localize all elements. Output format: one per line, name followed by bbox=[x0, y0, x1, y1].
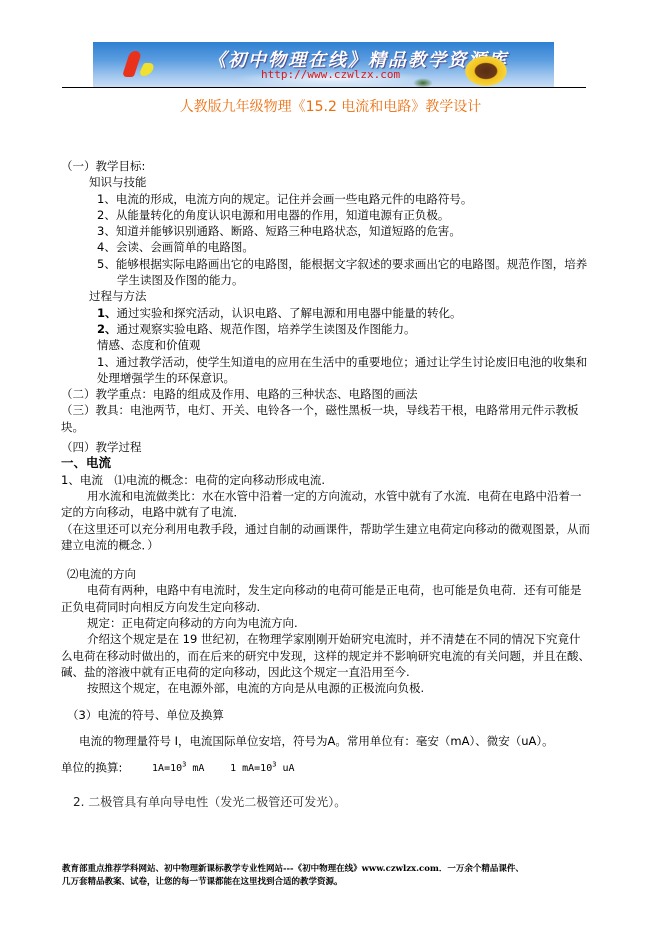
current-concept: 1、电流 ⑴电流的概念：电荷的定向移动形成电流. bbox=[61, 472, 591, 488]
header-divider bbox=[62, 87, 586, 88]
diode-paragraph: 2. 二极管具有单向导电性（发光二极管还可发光）。 bbox=[61, 794, 591, 810]
conversion-1-base: 1A=10 bbox=[152, 763, 182, 774]
czwlzx-logo-accent-icon bbox=[138, 63, 156, 76]
conversion-1-unit: mA bbox=[186, 763, 204, 774]
knowledge-item: 4、会读、会画简单的电路图。 bbox=[61, 239, 591, 255]
section-teaching-process: （四）教学过程 bbox=[61, 439, 591, 455]
sunflower-icon bbox=[465, 56, 507, 86]
current-note: （在这里还可以充分利用电教手段，通过自制的动画课件，帮助学生建立电荷定向移动的微… bbox=[61, 521, 591, 554]
direction-paragraph: 电荷有两种，电路中有电流时，发生定向移动的电荷可能是正电荷，也可能是负电荷．还有… bbox=[61, 582, 591, 615]
document-title: 人教版九年级物理《15.2 电流和电路》教学设计 bbox=[0, 96, 661, 116]
footer-line: 教育部重点推荐学科网站、初中物理新课标教学专业性网站---《初中物理在线》www… bbox=[62, 863, 602, 876]
page-footer: 教育部重点推荐学科网站、初中物理新课标教学专业性网站---《初中物理在线》www… bbox=[62, 863, 602, 889]
process-label: 过程与方法 bbox=[61, 288, 591, 304]
section-objectives-heading: （一）教学目标: bbox=[61, 158, 591, 174]
process-item-num: 2、 bbox=[97, 322, 117, 336]
knowledge-item: 5、能够根据实际电路画出它的电路图，能根据文字叙述的要求画出它的电路图。规范作图… bbox=[61, 256, 591, 289]
direction-paragraph: 介绍这个规定是在 19 世纪初，在物理学家刚刚开始研究电流时，并不清楚在不同的情… bbox=[61, 631, 591, 680]
knowledge-item: 3、知道并能够识别通路、断路、短路三种电路状态，知道短路的危害。 bbox=[61, 223, 591, 239]
conversion-2: 1 mA=103 uA bbox=[230, 763, 294, 774]
leaves-decoration bbox=[413, 78, 433, 87]
process-item-text: 通过实验和探究活动，认识电路、了解电源和用电器中能量的转化。 bbox=[117, 306, 462, 320]
process-item-num: 1、 bbox=[97, 306, 117, 320]
site-banner: 《初中物理在线》精品教学资源库 http://www.czwlzx.com bbox=[93, 42, 554, 87]
banner-url: http://www.czwlzx.com bbox=[261, 68, 400, 81]
units-paragraph: 电流的物理量符号 I，电流国际单位安培，符号为A。常用单位有：毫安（mA）、微安… bbox=[61, 733, 591, 749]
document-body: （一）教学目标: 知识与技能 1、电流的形成，电流方向的规定。记住并会画一些电路… bbox=[61, 158, 591, 810]
conversion-2-base: 1 mA=10 bbox=[230, 763, 272, 774]
direction-rule: 规定：正电荷定向移动的方向为电流方向. bbox=[61, 615, 591, 631]
process-item: 1、通过实验和探究活动，认识电路、了解电源和用电器中能量的转化。 bbox=[61, 305, 591, 321]
direction-heading: ⑵电流的方向 bbox=[61, 566, 591, 582]
section-teaching-aids: （三）教具：电池两节，电灯、开关、电铃各一个，磁性黑板一块，导线若干根，电路常用… bbox=[61, 402, 591, 435]
conversion-label: 单位的换算: bbox=[61, 760, 122, 774]
knowledge-item: 1、电流的形成，电流方向的规定。记住并会画一些电路元件的电路符号。 bbox=[61, 191, 591, 207]
section-keypoints: （二）教学重点：电路的组成及作用、电路的三种状态、电路图的画法 bbox=[61, 386, 591, 402]
conversion-2-unit: uA bbox=[276, 763, 294, 774]
footer-line: 几万套精品教案、试卷，让您的每一节课都能在这里找到合适的教学资源。 bbox=[62, 876, 602, 889]
emotion-item: 1、通过教学活动，使学生知道电的应用在生活中的重要地位；通过让学生讨论废旧电池的… bbox=[61, 354, 591, 387]
process-item-text: 通过观察实验电路、规范作图，培养学生读图及作图能力。 bbox=[117, 322, 416, 336]
emotion-label: 情感、态度和价值观 bbox=[61, 337, 591, 353]
unit-conversion: 单位的换算: 1A=103 mA 1 mA=103 uA bbox=[61, 757, 591, 778]
conversion-1: 1A=103 mA bbox=[152, 763, 204, 774]
part-current-heading: 一、电流 bbox=[61, 455, 591, 471]
process-item: 2、通过观察实验电路、规范作图，培养学生读图及作图能力。 bbox=[61, 321, 591, 337]
knowledge-label: 知识与技能 bbox=[61, 174, 591, 190]
direction-paragraph: 按照这个规定，在电源外部，电流的方向是从电源的正极流向负极. bbox=[61, 680, 591, 696]
knowledge-item: 2、从能量转化的角度认识电源和用电器的作用，知道电源有正负极。 bbox=[61, 207, 591, 223]
units-heading: （3）电流的符号、单位及换算 bbox=[61, 707, 591, 723]
current-analogy: 用水流和电流做类比：水在水管中沿着一定的方向流动，水管中就有了水流．电荷在电路中… bbox=[61, 488, 591, 521]
